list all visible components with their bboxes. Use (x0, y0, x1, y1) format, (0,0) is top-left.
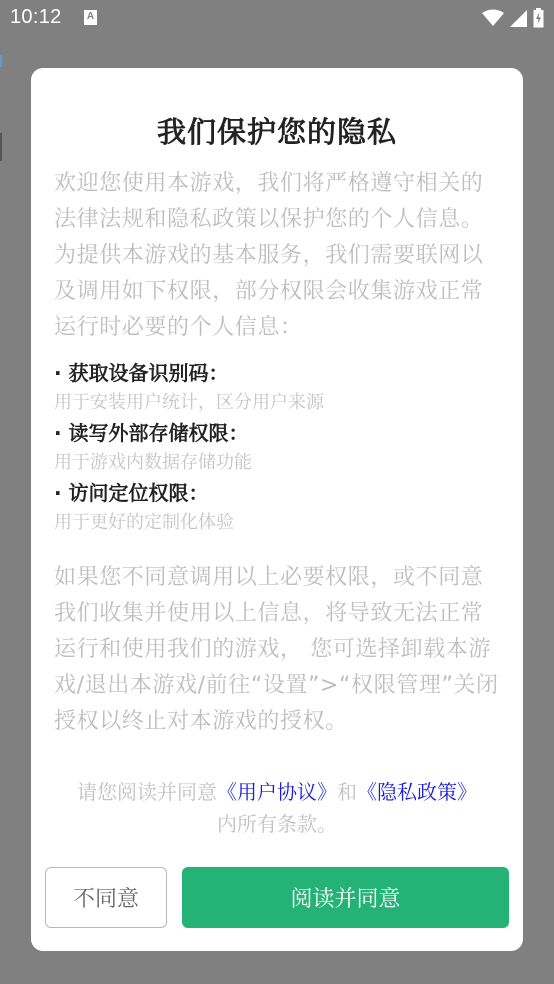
notification-app-icon: A (84, 10, 97, 25)
background-edge-mark (0, 133, 2, 161)
warning-line: 我们收集并使用以上信息，将导致无法正常 (54, 596, 504, 632)
warning-line: 授权以终止对本游戏的授权。 (54, 704, 504, 740)
intro-line: 欢迎您使用本游戏，我们将严格遵守相关的 (54, 166, 504, 202)
warning-line: 如果您不同意调用以上必要权限，或不同意 (54, 560, 504, 596)
status-icons (482, 8, 544, 32)
permission-title-storage: · 读写外部存储权限： (54, 418, 504, 448)
user-agreement-link[interactable]: 《用户协议》 (217, 780, 337, 804)
consent-suffix: 内所有条款。 (41, 808, 513, 840)
intro-line: 及调用如下权限，部分权限会收集游戏正常 (54, 274, 504, 310)
permission-desc-location: 用于更好的定制化体验 (54, 508, 504, 538)
wifi-icon (482, 9, 504, 31)
intro-line: 运行时必要的个人信息： (54, 310, 504, 346)
permission-title-device-id: · 获取设备识别码： (54, 358, 504, 388)
agree-button[interactable]: 阅读并同意 (182, 867, 509, 928)
intro-text: 欢迎您使用本游戏，我们将严格遵守相关的 法律法规和隐私政策以保护您的个人信息。 … (54, 166, 504, 346)
consent-conjunction: 和 (337, 780, 357, 804)
disagree-button-label: 不同意 (73, 882, 139, 913)
permission-desc-storage: 用于游戏内数据存储功能 (54, 448, 504, 478)
consent-prefix: 请您阅读并同意 (77, 780, 217, 804)
consent-text: 请您阅读并同意《用户协议》和《隐私政策》 内所有条款。 (41, 776, 513, 840)
warning-line: 运行和使用我们的游戏， 您可选择卸载本游 (54, 632, 504, 668)
permission-title-location: · 访问定位权限： (54, 478, 504, 508)
warning-text: 如果您不同意调用以上必要权限，或不同意 我们收集并使用以上信息，将导致无法正常 … (54, 560, 504, 740)
permission-desc-device-id: 用于安装用户统计，区分用户来源 (54, 388, 504, 418)
status-time: 10:12 (10, 6, 62, 29)
agree-button-label: 阅读并同意 (290, 882, 400, 913)
signal-icon (510, 10, 527, 31)
battery-charging-icon (533, 8, 544, 32)
intro-line: 为提供本游戏的基本服务，我们需要联网以 (54, 238, 504, 274)
warning-line: 戏/退出本游戏/前往“设置”>“权限管理”关闭 (54, 668, 504, 704)
disagree-button[interactable]: 不同意 (45, 867, 167, 928)
permission-list: · 获取设备识别码： 用于安装用户统计，区分用户来源 · 读写外部存储权限： 用… (54, 358, 504, 538)
dialog-title: 我们保护您的隐私 (31, 110, 523, 151)
intro-line: 法律法规和隐私政策以保护您的个人信息。 (54, 202, 504, 238)
background-edge-mark (0, 55, 2, 67)
privacy-dialog: 我们保护您的隐私 欢迎您使用本游戏，我们将严格遵守相关的 法律法规和隐私政策以保… (31, 68, 523, 951)
privacy-policy-link[interactable]: 《隐私政策》 (357, 780, 477, 804)
status-bar: 10:12 A (0, 0, 554, 38)
